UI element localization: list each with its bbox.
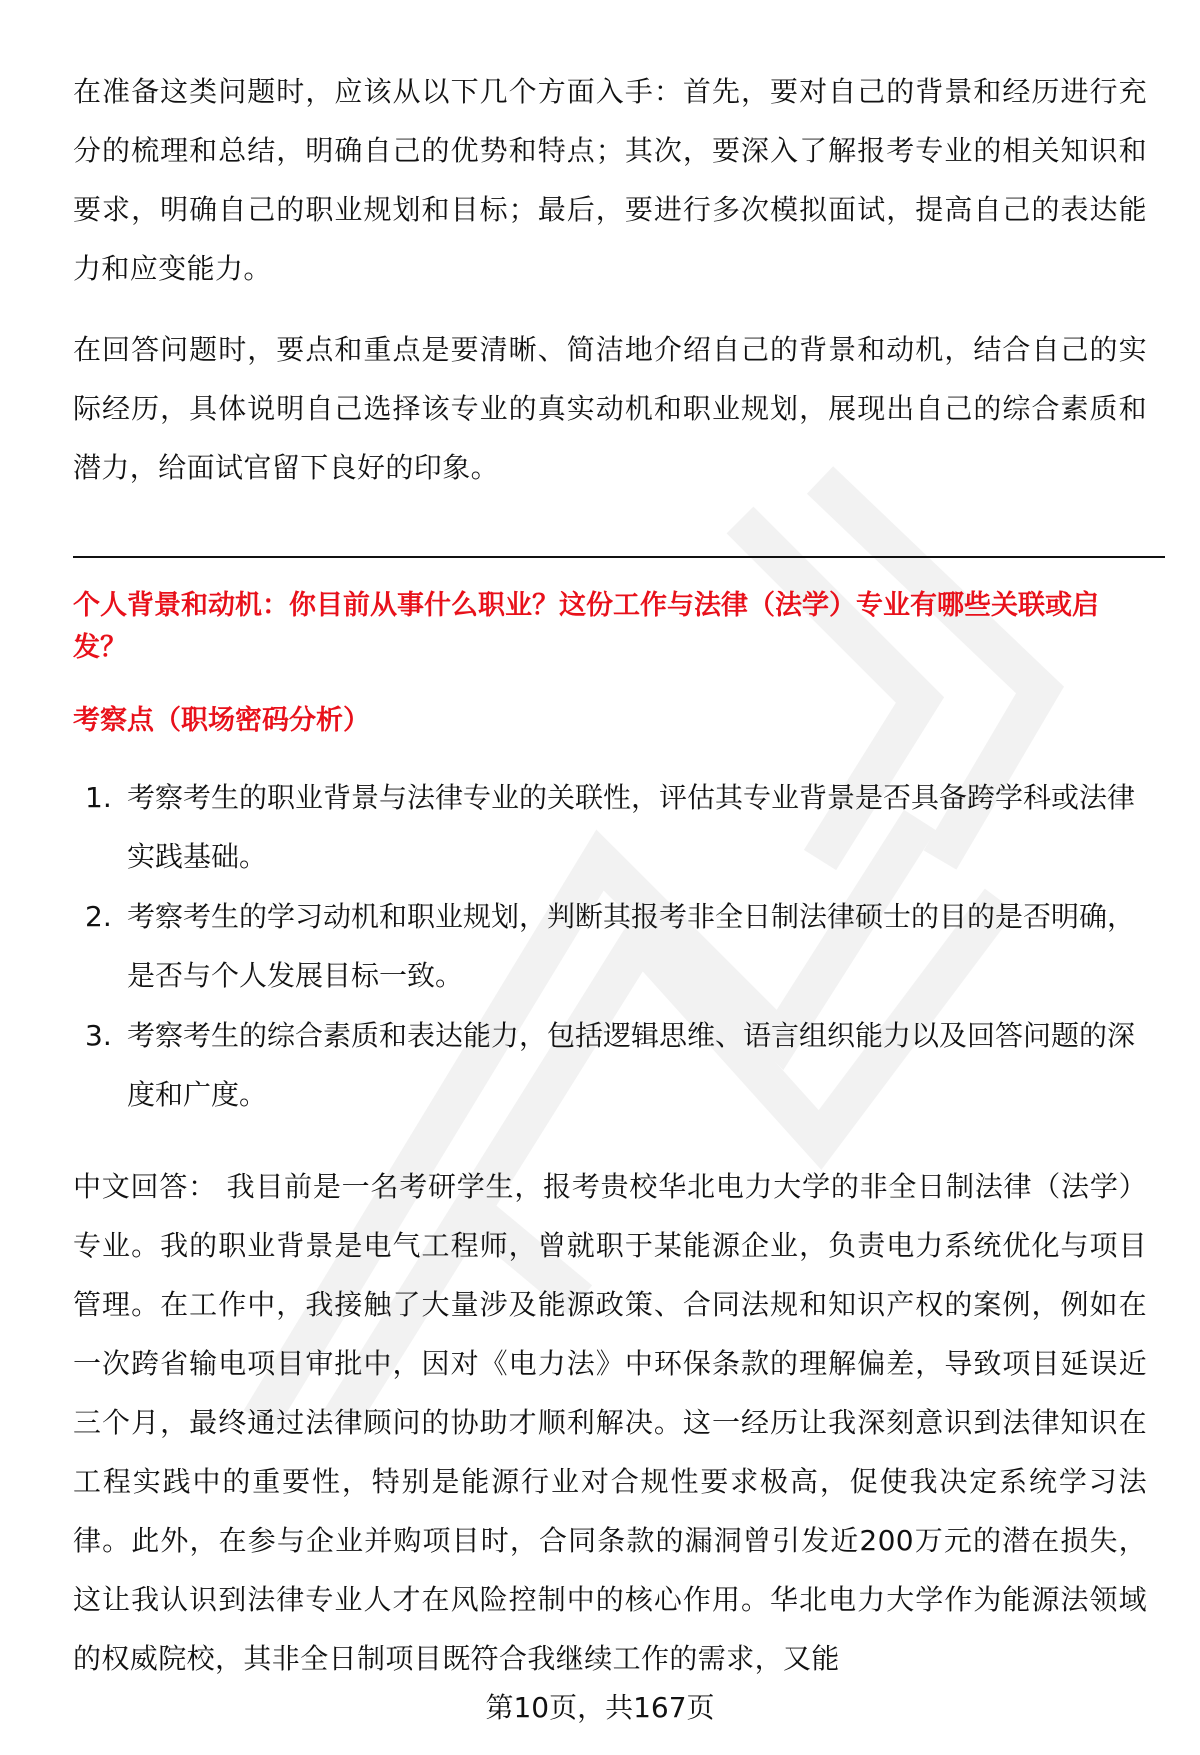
answer-label: 中文回答： <box>73 1170 217 1203</box>
list-number: 2. <box>85 887 112 946</box>
list-number: 3. <box>85 1006 112 1065</box>
page-indicator: 第10页，共167页 <box>0 1688 1200 1728</box>
list-number: 1. <box>85 768 112 827</box>
list-item-text: 考察考生的学习动机和职业规划，判断其报考非全日制法律硕士的目的是否明确，是否与个… <box>127 900 1135 992</box>
list-item-text: 考察考生的职业背景与法律专业的关联性，评估其专业背景是否具备跨学科或法律实践基础… <box>127 781 1135 873</box>
list-item: 1. 考察考生的职业背景与法律专业的关联性，评估其专业背景是否具备跨学科或法律实… <box>73 768 1147 886</box>
assessment-list: 1. 考察考生的职业背景与法律专业的关联性，评估其专业背景是否具备跨学科或法律实… <box>73 768 1147 1125</box>
intro-section: 在准备这类问题时，应该从以下几个方面入手：首先，要对自己的背景和经历进行充分的梳… <box>73 62 1147 497</box>
list-item-text: 考察考生的综合素质和表达能力，包括逻辑思维、语言组织能力以及回答问题的深度和广度… <box>127 1019 1135 1111</box>
section-divider <box>73 556 1165 558</box>
list-item: 3. 考察考生的综合素质和表达能力，包括逻辑思维、语言组织能力以及回答问题的深度… <box>73 1006 1147 1124</box>
answer-paragraph: 中文回答： 我目前是一名考研学生，报考贵校华北电力大学的非全日制法律（法学）专业… <box>73 1157 1147 1688</box>
intro-paragraph: 在回答问题时，要点和重点是要清晰、简洁地介绍自己的背景和动机，结合自己的实际经历… <box>73 320 1147 497</box>
answer-section: 中文回答： 我目前是一名考研学生，报考贵校华北电力大学的非全日制法律（法学）专业… <box>73 1157 1147 1688</box>
assessment-heading: 考察点（职场密码分析） <box>73 700 370 742</box>
intro-paragraph: 在准备这类问题时，应该从以下几个方面入手：首先，要对自己的背景和经历进行充分的梳… <box>73 62 1147 298</box>
list-item: 2. 考察考生的学习动机和职业规划，判断其报考非全日制法律硕士的目的是否明确，是… <box>73 887 1147 1005</box>
answer-text: 我目前是一名考研学生，报考贵校华北电力大学的非全日制法律（法学）专业。我的职业背… <box>73 1170 1147 1675</box>
question-title: 个人背景和动机：你目前从事什么职业？这份工作与法律（法学）专业有哪些关联或启发？ <box>73 585 1147 669</box>
